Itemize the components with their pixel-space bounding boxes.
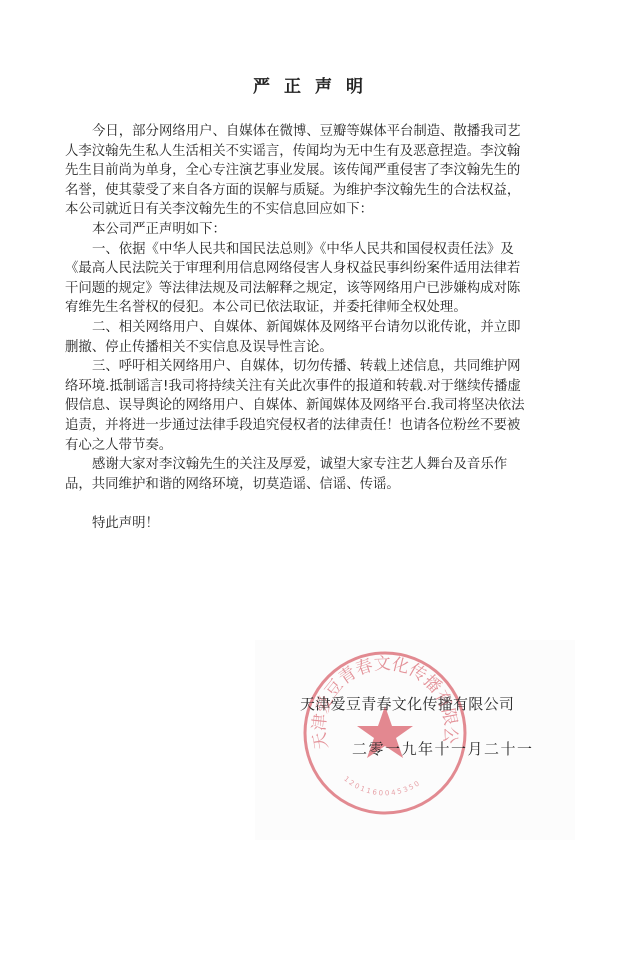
- intro-line: 今日，部分网络用户、自媒体在微博、豆瓣等媒体平台制造、散播我司艺: [65, 122, 541, 142]
- point3-line: 三、呼吁相关网络用户、自媒体，切勿传播、转载上述信息，共同维护网: [65, 357, 541, 377]
- point1-line: 干问题的规定》等法律法规及司法解释之规定，该等网络用户已涉嫌构成对陈: [65, 279, 541, 299]
- spacer: [65, 494, 541, 514]
- thanks-line: 感谢大家对李汶翰先生的关注及厚爱，诚望大家专注艺人舞台及音乐作: [65, 455, 541, 475]
- thanks-line: 品，共同维护和谐的网络环境，切莫造谣、信谣、传谣。: [65, 475, 541, 495]
- point1-line: 一、依据《中华人民共和国民法总则》《中华人民共和国侵权责任法》及: [65, 240, 541, 260]
- document-title: 严正声明: [0, 72, 630, 97]
- point3-line: 络环境.抵制谣言!我司将持续关注有关此次事件的报道和转载.对于继续传播虚: [65, 377, 541, 397]
- document-body: 今日，部分网络用户、自媒体在微博、豆瓣等媒体平台制造、散播我司艺 人李汶翰先生私…: [65, 122, 541, 533]
- intro-line: 人李汶翰先生私人生活相关不实谣言，传闻均为无中生有及恶意捏造。李汶翰: [65, 142, 541, 162]
- point3-line: 有心之人带节奏。: [65, 436, 541, 456]
- company-seal-icon: 天津爱豆青春文化传播有限公司 1201160045350: [300, 648, 470, 818]
- point2-line: 二、相关网络用户、自媒体、新闻媒体及网络平台请勿以讹传讹，并立即: [65, 318, 541, 338]
- point2-line: 删撤、停止传播相关不实信息及误导性言论。: [65, 338, 541, 358]
- intro-line: 名誉，使其蒙受了来自各方面的误解与质疑。为维护李汶翰先生的合法权益，: [65, 181, 541, 201]
- intro-line: 本公司就近日有关李汶翰先生的不实信息回应如下：: [65, 200, 541, 220]
- signature-date: 二零一九年十一月二十一: [352, 738, 534, 759]
- point1-line: 宥维先生名誉权的侵犯。本公司已依法取证，并委托律师全权处理。: [65, 298, 541, 318]
- point3-line: 假信息、误导舆论的网络用户、自媒体、新闻媒体及网络平台.我司将坚决依法: [65, 396, 541, 416]
- point1-line: 《最高人民法院关于审理利用信息网络侵害人身权益民事纠纷案件适用法律若: [65, 259, 541, 279]
- seal-number: 1201160045350: [342, 775, 422, 798]
- point3-line: 追责，并将进一步通过法律手段追究侵权者的法律责任！也请各位粉丝不要被: [65, 416, 541, 436]
- intro-line: 先生目前尚为单身，全心专注演艺事业发展。该传闻严重侵害了李汶翰先生的: [65, 161, 541, 181]
- statement-page: 严正声明 今日，部分网络用户、自媒体在微博、豆瓣等媒体平台制造、散播我司艺 人李…: [0, 0, 630, 966]
- closing-line: 特此声明！: [65, 514, 541, 534]
- company-name: 天津爱豆青春文化传播有限公司: [300, 693, 514, 714]
- declare-line: 本公司严正声明如下：: [65, 220, 541, 240]
- svg-text:1201160045350: 1201160045350: [342, 775, 422, 798]
